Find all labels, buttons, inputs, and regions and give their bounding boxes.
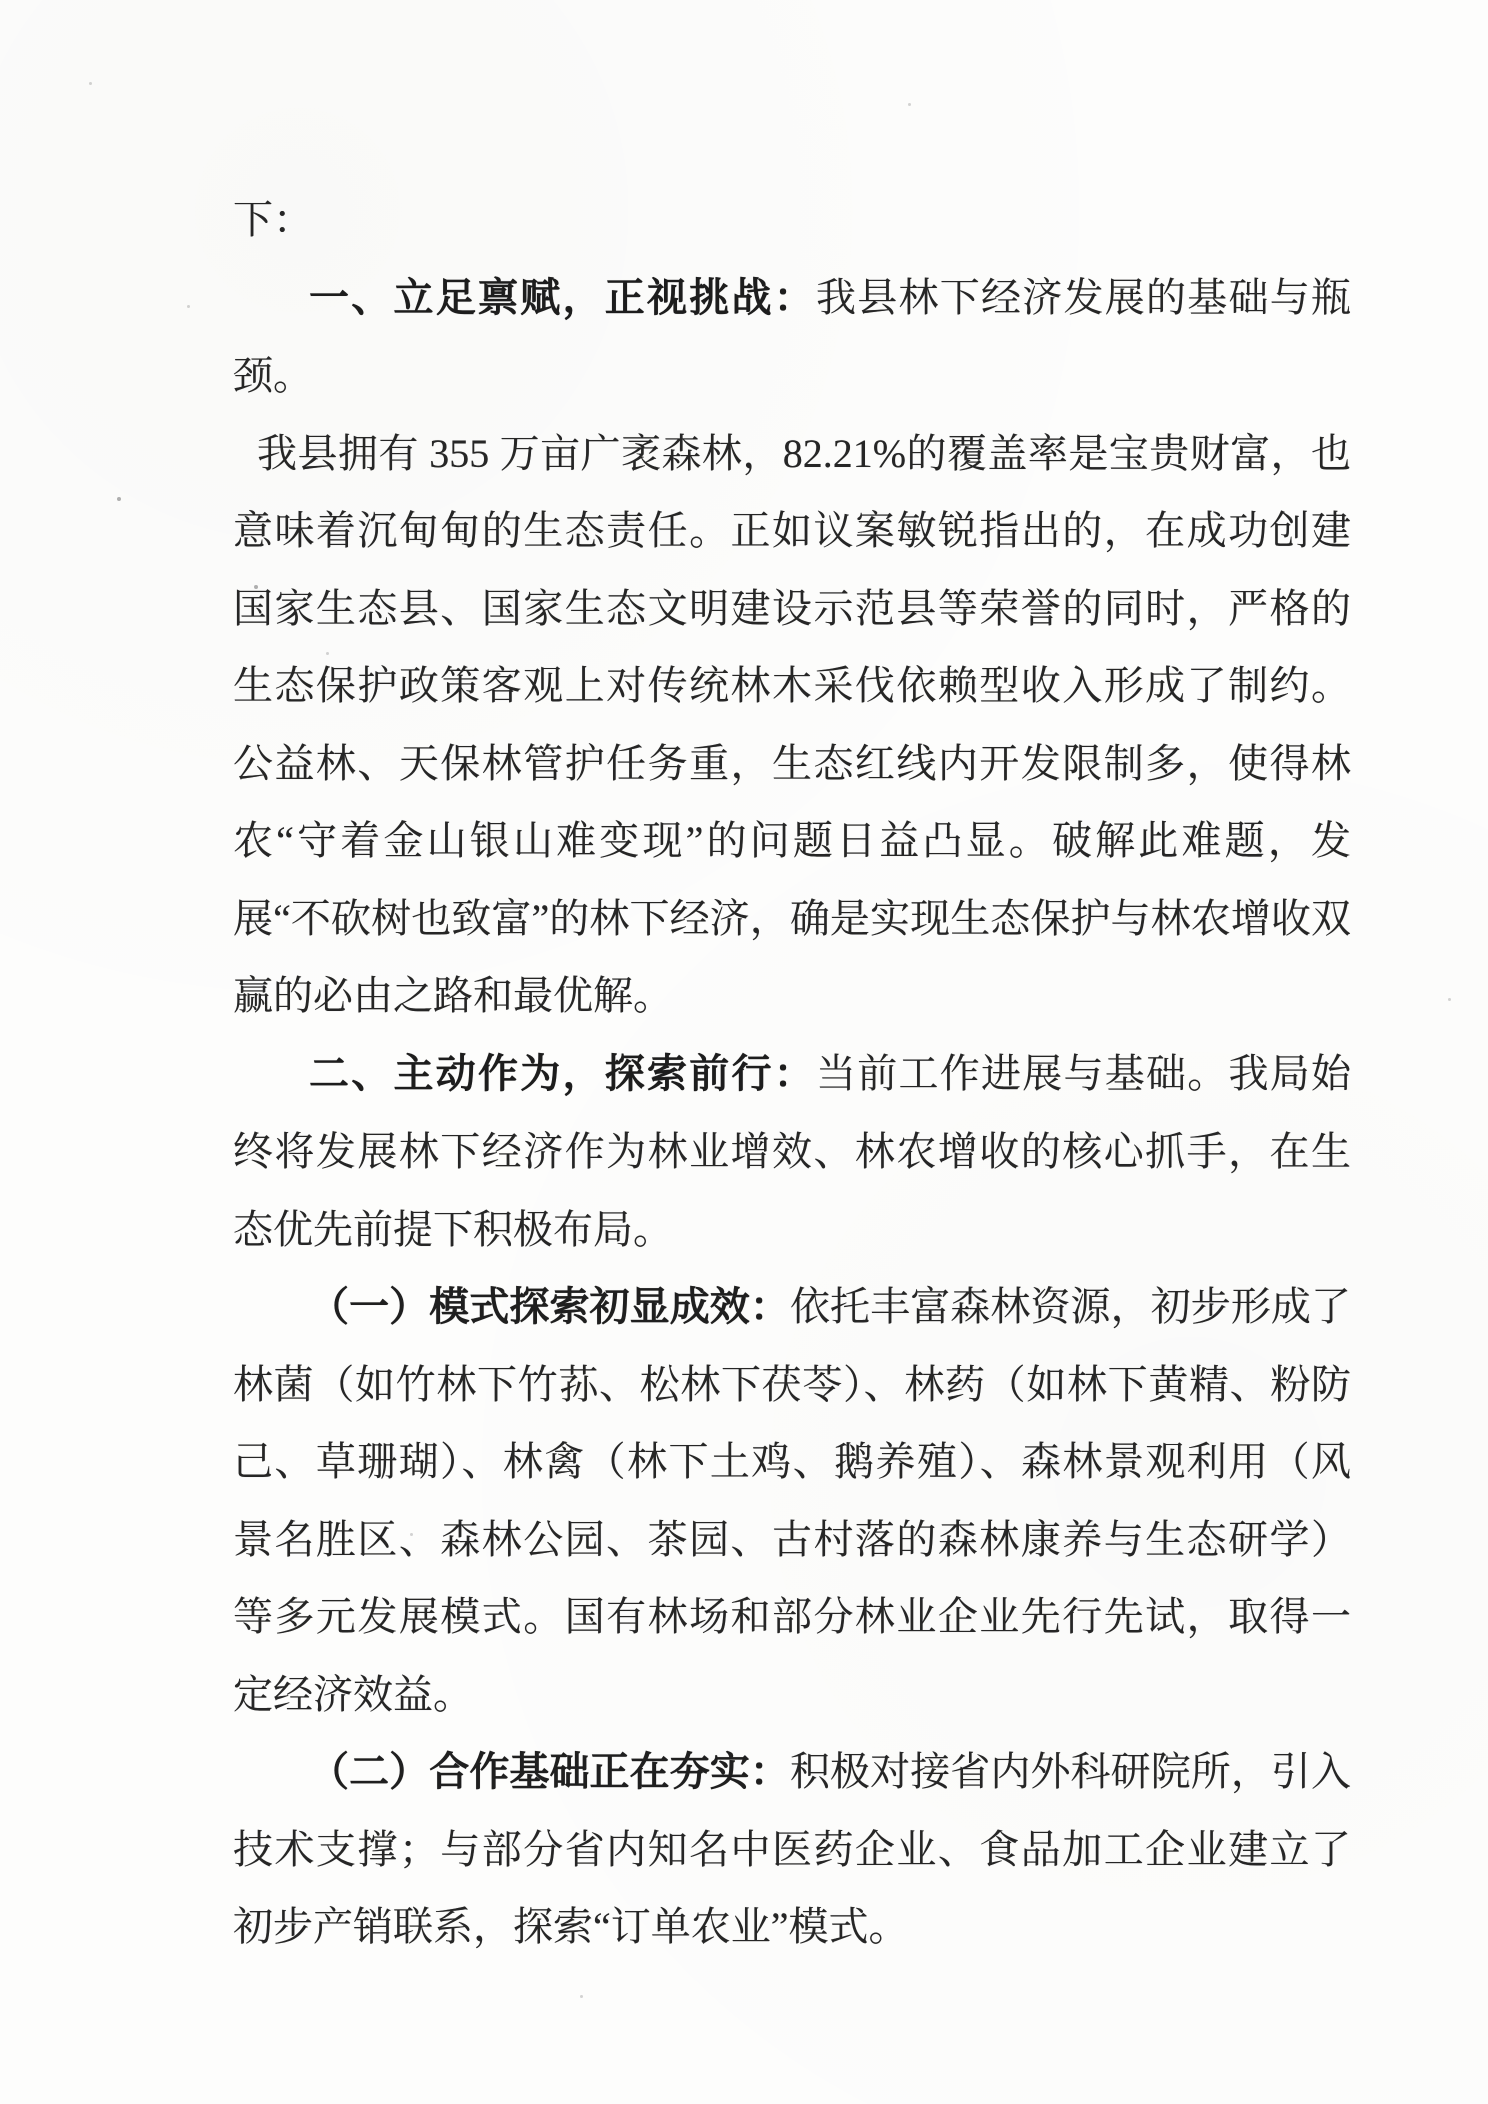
scan-speck: [187, 305, 190, 308]
scanned-page: 下： 一、立足禀赋，正视挑战：我县林下经济发展的基础与瓶颈。 我县拥有 355 …: [0, 0, 1488, 2104]
subsection-1-lead: （一）模式探索初显成效：: [309, 1284, 790, 1329]
scan-speck: [908, 103, 911, 106]
section-heading-1: 一、立足禀赋，正视挑战：我县林下经济发展的基础与瓶颈。: [233, 259, 1351, 415]
subsection-2-lead: （二）合作基础正在夯实：: [309, 1749, 790, 1794]
paragraph-overview-text: 我县拥有 355 万亩广袤森林，82.21%的覆盖率是宝贵财富，也意味着沉甸甸的…: [233, 431, 1351, 1019]
continuation-line: 下：: [233, 181, 1351, 259]
subsection-1: （一）模式探索初显成效：依托丰富森林资源，初步形成了林菌（如竹林下竹荪、松林下茯…: [233, 1268, 1351, 1733]
section-heading-2: 二、主动作为，探索前行：当前工作进展与基础。我局始终将发展林下经济作为林业增效、…: [233, 1035, 1351, 1269]
paragraph-overview: 我县拥有 355 万亩广袤森林，82.21%的覆盖率是宝贵财富，也意味着沉甸甸的…: [233, 415, 1351, 1035]
section-heading-1-lead: 一、立足禀赋，正视挑战：: [309, 276, 816, 320]
scan-speck: [117, 497, 121, 501]
subsection-1-text: 依托丰富森林资源，初步形成了林菌（如竹林下竹荪、松林下茯苓）、林药（如林下黄精、…: [233, 1284, 1351, 1717]
section-heading-2-lead: 二、主动作为，探索前行：: [309, 1052, 816, 1096]
scan-speck: [580, 1995, 583, 1998]
subsection-2: （二）合作基础正在夯实：积极对接省内外科研院所，引入技术支撑；与部分省内知名中医…: [233, 1733, 1351, 1966]
document-body: 下： 一、立足禀赋，正视挑战：我县林下经济发展的基础与瓶颈。 我县拥有 355 …: [233, 181, 1351, 1966]
scan-speck: [89, 82, 92, 85]
scan-speck: [1448, 998, 1451, 1001]
